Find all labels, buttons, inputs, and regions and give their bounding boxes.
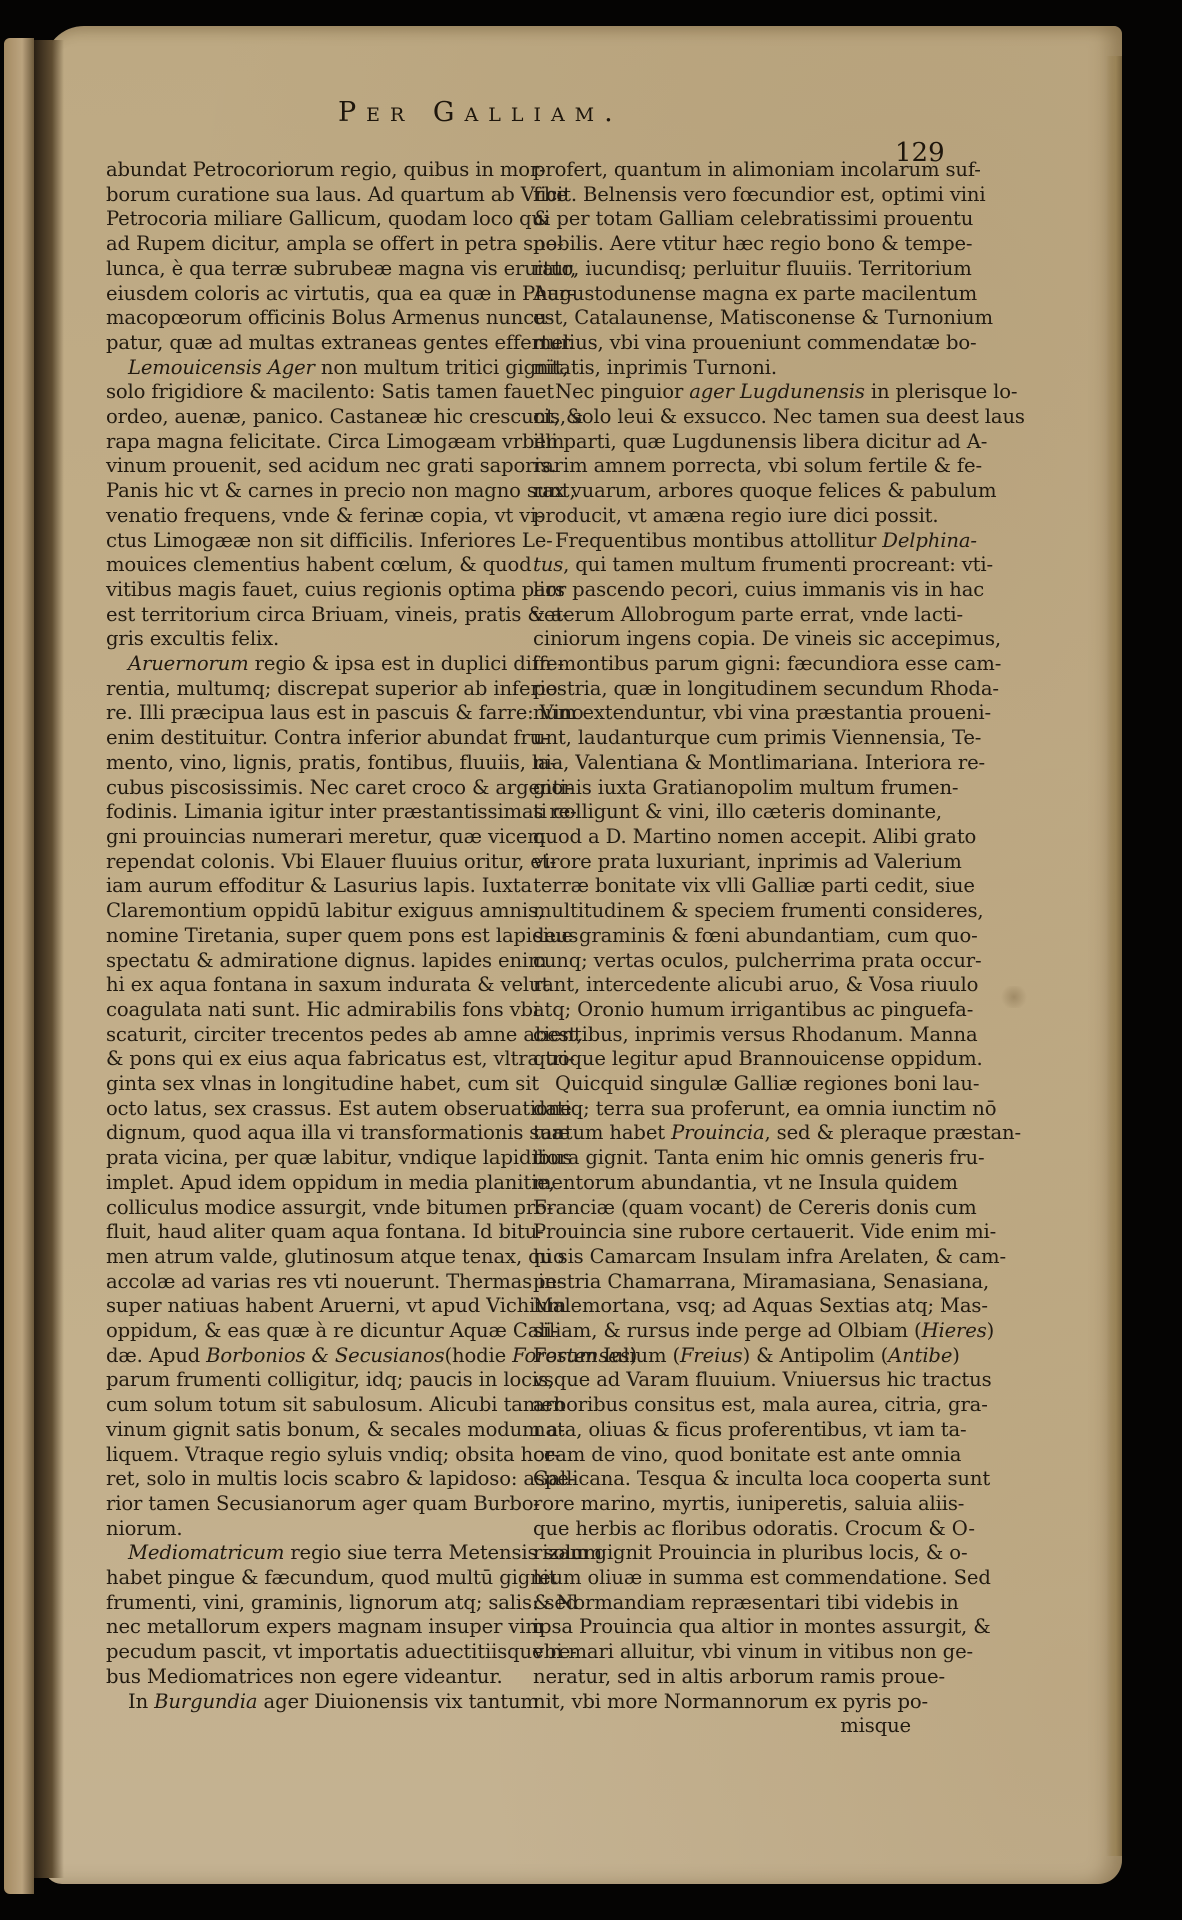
text-line: pestria, quæ in longitudinem secundum Rh… bbox=[533, 677, 911, 702]
text-line: lunca, è qua terræ subrubeæ magna vis er… bbox=[106, 257, 502, 282]
text-line: habet pingue & fæcundum, quod multū gign… bbox=[106, 1566, 502, 1591]
text-run: , sed & pleraque præstan- bbox=[765, 1121, 1021, 1144]
text-line: dignum, quod aqua illa vi transformation… bbox=[106, 1121, 502, 1146]
text-line: num extenduntur, vbi vina præstantia pro… bbox=[533, 701, 911, 726]
italic-term: ager Lugdunensis bbox=[689, 380, 865, 403]
text-line: fluit, haud aliter quam aqua fontana. Id… bbox=[106, 1220, 502, 1245]
text-line: prata vicina, per quæ labitur, vndique l… bbox=[106, 1146, 502, 1171]
italic-term: tus bbox=[533, 553, 563, 576]
text-line: vsque ad Varam fluuium. Vniuersus hic tr… bbox=[533, 1368, 911, 1393]
text-line: cis, solo leui & exsucco. Nec tamen sua … bbox=[533, 405, 911, 430]
text-line: quod a D. Martino nomen accepit. Alibi g… bbox=[533, 825, 911, 850]
text-line: Augustodunense magna ex parte macilentum bbox=[533, 282, 911, 307]
text-line: hi ex aqua fontana in saxum indurata & v… bbox=[106, 973, 502, 998]
text-run: ) & Antipolim ( bbox=[743, 1344, 889, 1367]
text-line: vinum prouenit, sed acidum nec grati sap… bbox=[106, 454, 502, 479]
text-line: frumenti, vini, graminis, lignorum atq; … bbox=[106, 1591, 502, 1616]
text-line: Panis hic vt & carnes in precio non magn… bbox=[106, 479, 502, 504]
text-line: vitibus magis fauet, cuius regionis opti… bbox=[106, 578, 502, 603]
text-line: hi sis Camarcam Insulam infra Arelaten, … bbox=[533, 1245, 911, 1270]
text-line: rentia, multumq; discrepat superior ab i… bbox=[106, 677, 502, 702]
text-run: (hodie bbox=[444, 1344, 512, 1367]
text-run: ) bbox=[987, 1319, 995, 1342]
facing-page-edge bbox=[4, 38, 34, 1894]
text-run: in plerisque lo- bbox=[865, 380, 1018, 403]
text-line: mentorum abundantia, vt ne Insula quidem bbox=[533, 1171, 911, 1196]
text-line: atq; Oronio humum irrigantibus ac pingue… bbox=[533, 998, 911, 1023]
text-line: nitatis, inprimis Turnoni. bbox=[533, 356, 911, 381]
text-run: , qui tamen multum frumenti procreant: v… bbox=[563, 553, 993, 576]
text-line: virore prata luxuriant, inprimis ad Vale… bbox=[533, 850, 911, 875]
text-line: gionis iuxta Gratianopolim multum frumen… bbox=[533, 776, 911, 801]
text-line: gris excultis felix. bbox=[106, 627, 502, 652]
text-line: Malemortana, vsq; ad Aquas Sextias atq; … bbox=[533, 1294, 911, 1319]
text-line: spectatu & admiratione dignus. lapides e… bbox=[106, 949, 502, 974]
text-line: siue graminis & fœni abundantiam, cum qu… bbox=[533, 924, 911, 949]
text-line: illi parti, quæ Lugdunensis libera dicit… bbox=[533, 430, 911, 455]
text-line: Nec pinguior ager Lugdunensis in plerisq… bbox=[533, 380, 911, 405]
text-line: nomine Tiretania, super quem pons est la… bbox=[106, 924, 502, 949]
italic-term: Freius bbox=[680, 1344, 743, 1367]
text-line: venatio frequens, vnde & ferinæ copia, v… bbox=[106, 504, 502, 529]
text-line: pestria Chamarrana, Miramasiana, Senasia… bbox=[533, 1270, 911, 1295]
text-line: mento, vino, lignis, pratis, fontibus, f… bbox=[106, 751, 502, 776]
text-line: quoque legitur apud Brannouicense oppidu… bbox=[533, 1047, 911, 1072]
text-line: implet. Apud idem oppidum in media plani… bbox=[106, 1171, 502, 1196]
text-line: Franciæ (quam vocant) de Cereris donis c… bbox=[533, 1196, 911, 1221]
text-line: Petrocoria miliare Gallicum, quodam loco… bbox=[106, 207, 502, 232]
text-line: & per totam Galliam celebratissimi proue… bbox=[533, 207, 911, 232]
paper-stain bbox=[999, 986, 1029, 1008]
text-line: ti colligunt & vini, illo cæteris domina… bbox=[533, 800, 911, 825]
text-line: borum curatione sua laus. Ad quartum ab … bbox=[106, 183, 502, 208]
text-line: Mediomatricum regio siue terra Metensis … bbox=[106, 1541, 502, 1566]
text-line: cientibus, inprimis versus Rhodanum. Man… bbox=[533, 1023, 911, 1048]
text-line: est, Catalaunense, Matisconense & Turnon… bbox=[533, 306, 911, 331]
right-text-column: profert, quantum in alimoniam incolarum … bbox=[533, 158, 911, 1739]
text-line: abundat Petrocoriorum regio, quibus in m… bbox=[106, 158, 502, 183]
text-line: in montibus parum gigni: fæcundiora esse… bbox=[533, 652, 911, 677]
text-line: bus Mediomatrices non egere videantur. bbox=[106, 1665, 502, 1690]
text-run: ager Diuionensis vix tantum bbox=[257, 1690, 538, 1713]
text-line: accolæ ad varias res vti nouerunt. Therm… bbox=[106, 1270, 502, 1295]
text-run: non multum tritici gignit, bbox=[315, 356, 569, 379]
text-line: rax vuarum, arbores quoque felices & pab… bbox=[533, 479, 911, 504]
text-line: patur, quæ ad multas extraneas gentes ef… bbox=[106, 331, 502, 356]
text-line: datiq; terra sua proferunt, ea omnia iun… bbox=[533, 1097, 911, 1122]
text-run: In bbox=[128, 1690, 154, 1713]
text-line: rizam gignit Prouincia in pluribus locis… bbox=[533, 1541, 911, 1566]
text-line: ordeo, auenæ, panico. Castaneæ hic cresc… bbox=[106, 405, 502, 430]
text-line: vinum gignit satis bonum, & secales modu… bbox=[106, 1418, 502, 1443]
text-line: Frequentibus montibus attollitur Delphin… bbox=[533, 529, 911, 554]
running-head: Per Galliam. bbox=[338, 97, 623, 128]
text-line: producit, vt amæna regio iure dici possi… bbox=[533, 504, 911, 529]
text-line: lior pascendo pecori, cuius immanis vis … bbox=[533, 578, 911, 603]
text-line: neratur, sed in altis arborum ramis prou… bbox=[533, 1665, 911, 1690]
text-line: nobilis. Aere vtitur hæc regio bono & te… bbox=[533, 232, 911, 257]
gutter-shadow bbox=[34, 40, 64, 1878]
text-line: coagulata nati sunt. Hic admirabilis fon… bbox=[106, 998, 502, 1023]
text-line: ginta sex vlnas in longitudine habet, cu… bbox=[106, 1072, 502, 1097]
italic-term: Hieres bbox=[922, 1319, 987, 1342]
text-line: ad Rupem dicitur, ampla se offert in pet… bbox=[106, 232, 502, 257]
text-line: melius, vbi vina proueniunt commendatæ b… bbox=[533, 331, 911, 356]
text-line: nata, oliuas & ficus proferentibus, vt i… bbox=[533, 1418, 911, 1443]
text-line: Claremontium oppidū labitur exiguus amni… bbox=[106, 899, 502, 924]
text-run: Nec pinguior bbox=[555, 380, 689, 403]
text-line: misque bbox=[533, 1714, 911, 1739]
text-run: Frequentibus montibus attollitur bbox=[555, 529, 882, 552]
text-line: niorum. bbox=[106, 1517, 502, 1542]
text-line: siliam, & rursus inde perge ad Olbiam (H… bbox=[533, 1319, 911, 1344]
text-run: Forum Iulium ( bbox=[533, 1344, 680, 1367]
text-line: nia, Valentiana & Montlimariana. Interio… bbox=[533, 751, 911, 776]
text-run: dæ. Apud bbox=[106, 1344, 206, 1367]
text-line: terræ bonitate vix vlli Galliæ parti ced… bbox=[533, 874, 911, 899]
text-line: Aruernorum regio & ipsa est in duplici d… bbox=[106, 652, 502, 677]
text-line: gni prouincias numerari meretur, quæ vic… bbox=[106, 825, 502, 850]
text-line: Quicquid singulæ Galliæ regiones boni la… bbox=[533, 1072, 911, 1097]
text-line: enim destituitur. Contra inferior abunda… bbox=[106, 726, 502, 751]
text-line: ficit. Belnensis vero fœcundior est, opt… bbox=[533, 183, 911, 208]
text-line: nit, vbi more Normannorum ex pyris po- bbox=[533, 1690, 911, 1715]
text-line: & Normandiam repræsentari tibi videbis i… bbox=[533, 1591, 911, 1616]
text-line: est territorium circa Briuam, vineis, pr… bbox=[106, 603, 502, 628]
text-line: dæ. Apud Borbonios & Secusianos(hodie Fo… bbox=[106, 1344, 502, 1369]
text-line: profert, quantum in alimoniam incolarum … bbox=[533, 158, 911, 183]
text-line: colliculus modice assurgit, vnde bitumen… bbox=[106, 1196, 502, 1221]
text-line: iam aurum effoditur & Lasurius lapis. Iu… bbox=[106, 874, 502, 899]
italic-term: Borbonios & Secusianos bbox=[206, 1344, 444, 1367]
text-line: oppidum, & eas quæ à re dicuntur Aquæ Ca… bbox=[106, 1319, 502, 1344]
text-line: scaturit, circiter trecentos pedes ab am… bbox=[106, 1023, 502, 1048]
text-line: octo latus, sex crassus. Est autem obser… bbox=[106, 1097, 502, 1122]
text-line: ret, solo in multis locis scabro & lapid… bbox=[106, 1467, 502, 1492]
italic-term: Lemouicensis Ager bbox=[128, 356, 315, 379]
text-line: Gallicana. Tesqua & inculta loca coopert… bbox=[533, 1467, 911, 1492]
text-line: liquem. Vtraque regio syluis vndiq; obsi… bbox=[106, 1443, 502, 1468]
text-line: cubus piscosissimis. Nec caret croco & a… bbox=[106, 776, 502, 801]
text-run: siliam, & rursus inde perge ad Olbiam ( bbox=[533, 1319, 922, 1342]
text-line: rependat colonis. Vbi Elauer fluuius ori… bbox=[106, 850, 502, 875]
text-line: unt, laudanturque cum primis Viennensia,… bbox=[533, 726, 911, 751]
text-line: tantum habet Prouincia, sed & pleraque p… bbox=[533, 1121, 911, 1146]
text-line: veterum Allobrogum parte errat, vnde lac… bbox=[533, 603, 911, 628]
text-line: re. Illi præcipua laus est in pascuis & … bbox=[106, 701, 502, 726]
text-line: ipsa Prouincia qua altior in montes assu… bbox=[533, 1615, 911, 1640]
text-line: tus, qui tamen multum frumenti procreant… bbox=[533, 553, 911, 578]
text-line: macopœorum officinis Bolus Armenus nuncu… bbox=[106, 306, 502, 331]
text-line: & pons qui ex eius aqua fabricatus est, … bbox=[106, 1047, 502, 1072]
text-line: Forum Iulium (Freius) & Antipolim (Antib… bbox=[533, 1344, 911, 1369]
italic-term: Antibe bbox=[888, 1344, 952, 1367]
text-run: tantum habet bbox=[533, 1121, 671, 1144]
text-run: ) bbox=[952, 1344, 960, 1367]
text-line: Prouincia sine rubore certauerit. Vide e… bbox=[533, 1220, 911, 1245]
text-line: tiora gignit. Tanta enim hic omnis gener… bbox=[533, 1146, 911, 1171]
text-line: ciniorum ingens copia. De vineis sic acc… bbox=[533, 627, 911, 652]
text-line: mouices clementius habent cœlum, & quod bbox=[106, 553, 502, 578]
text-line: ceam de vino, quod bonitate est ante omn… bbox=[533, 1443, 911, 1468]
left-text-column: abundat Petrocoriorum regio, quibus in m… bbox=[106, 158, 502, 1714]
italic-term: Delphina- bbox=[882, 529, 977, 552]
text-line: cunq; vertas oculos, pulcherrima prata o… bbox=[533, 949, 911, 974]
text-line: men atrum valde, glutinosum atque tenax,… bbox=[106, 1245, 502, 1270]
italic-term: Aruernorum bbox=[128, 652, 249, 675]
text-line: arboribus consitus est, mala aurea, citr… bbox=[533, 1393, 911, 1418]
text-line: cum solum totum sit sabulosum. Alicubi t… bbox=[106, 1393, 502, 1418]
text-line: rior tamen Secusianorum ager quam Burbo- bbox=[106, 1492, 502, 1517]
text-line: ctus Limogææ non sit difficilis. Inferio… bbox=[106, 529, 502, 554]
text-line: leum oliuæ in summa est commendatione. S… bbox=[533, 1566, 911, 1591]
text-line: parum frumenti colligitur, idq; paucis i… bbox=[106, 1368, 502, 1393]
text-line: super natiuas habent Aruerni, vt apud Vi… bbox=[106, 1294, 502, 1319]
text-run: regio & ipsa est in duplici diffe- bbox=[249, 652, 564, 675]
text-line: que herbis ac floribus odoratis. Crocum … bbox=[533, 1517, 911, 1542]
text-line: rant, intercedente alicubi aruo, & Vosa … bbox=[533, 973, 911, 998]
text-line: rato, iucundisq; perluitur fluuiis. Terr… bbox=[533, 257, 911, 282]
text-line: Lemouicensis Ager non multum tritici gig… bbox=[106, 356, 502, 381]
text-line: rore marino, myrtis, iuniperetis, saluia… bbox=[533, 1492, 911, 1517]
text-line: solo frigidiore & macilento: Satis tamen… bbox=[106, 380, 502, 405]
page-fore-edge bbox=[1106, 56, 1122, 1856]
text-line: eiusdem coloris ac virtutis, qua ea quæ … bbox=[106, 282, 502, 307]
text-line: fodinis. Limania igitur inter præstantis… bbox=[106, 800, 502, 825]
italic-term: Mediomatricum bbox=[128, 1541, 284, 1564]
italic-term: Burgundia bbox=[154, 1690, 257, 1713]
text-line: rarim amnem porrecta, vbi solum fertile … bbox=[533, 454, 911, 479]
text-line: In Burgundia ager Diuionensis vix tantum bbox=[106, 1690, 502, 1715]
text-line: rapa magna felicitate. Circa Limogæam vr… bbox=[106, 430, 502, 455]
text-line: vbi mari alluitur, vbi vinum in vitibus … bbox=[533, 1640, 911, 1665]
text-line: multitudinem & speciem frumenti consider… bbox=[533, 899, 911, 924]
text-line: pecudum pascit, vt importatis aduectitii… bbox=[106, 1640, 502, 1665]
italic-term: Prouincia bbox=[671, 1121, 764, 1144]
text-line: nec metallorum expers magnam insuper vim bbox=[106, 1615, 502, 1640]
